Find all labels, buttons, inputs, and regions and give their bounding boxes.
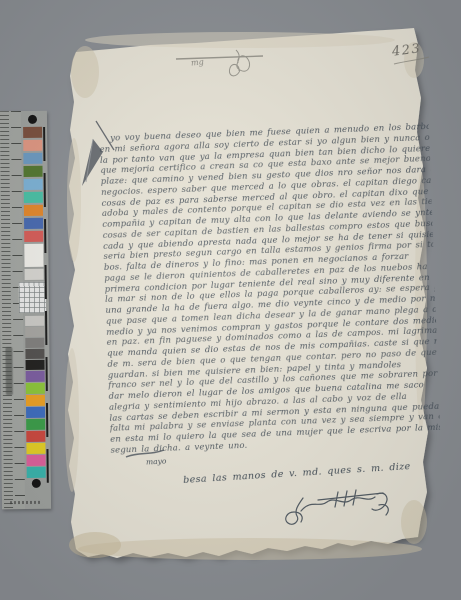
gray-step-patch	[25, 338, 44, 348]
color-patch	[24, 218, 43, 229]
color-patch	[26, 371, 45, 382]
inserted-word: mayo	[146, 456, 167, 466]
color-patch-column	[23, 114, 46, 491]
registration-dot	[32, 479, 41, 488]
color-patch	[27, 455, 46, 466]
color-patch	[26, 419, 45, 430]
grid-label	[19, 282, 46, 313]
color-patch	[26, 407, 45, 418]
color-patch	[27, 467, 46, 478]
photo-backdrop: 423 mg yo voy buena deseo que bien me fu…	[0, 0, 461, 600]
color-patch	[23, 153, 42, 164]
gray-step-patch	[25, 327, 44, 337]
color-patch	[23, 127, 42, 138]
color-patch	[26, 443, 45, 454]
color-patch	[26, 383, 45, 394]
registration-dot	[28, 115, 37, 124]
color-patch	[24, 231, 43, 242]
gray-step-patch	[26, 360, 45, 370]
tiny-print-row	[10, 501, 40, 504]
color-patch	[26, 395, 45, 406]
color-calibration-target	[0, 111, 51, 509]
color-patch	[24, 205, 43, 216]
color-patch	[23, 166, 42, 177]
color-patch	[24, 179, 43, 190]
gray-step-patch	[25, 349, 44, 359]
ruler-brand-text	[5, 347, 13, 395]
gray-step-patch	[25, 316, 44, 326]
pale-gray-patch	[25, 269, 44, 280]
color-patch	[23, 140, 42, 151]
color-patch	[26, 431, 45, 442]
pencil-letters: mg	[191, 57, 205, 67]
color-patch	[24, 192, 43, 203]
white-patch	[24, 244, 43, 267]
manuscript-body: yo voy buena deseo que bien me fuese qui…	[99, 122, 441, 466]
